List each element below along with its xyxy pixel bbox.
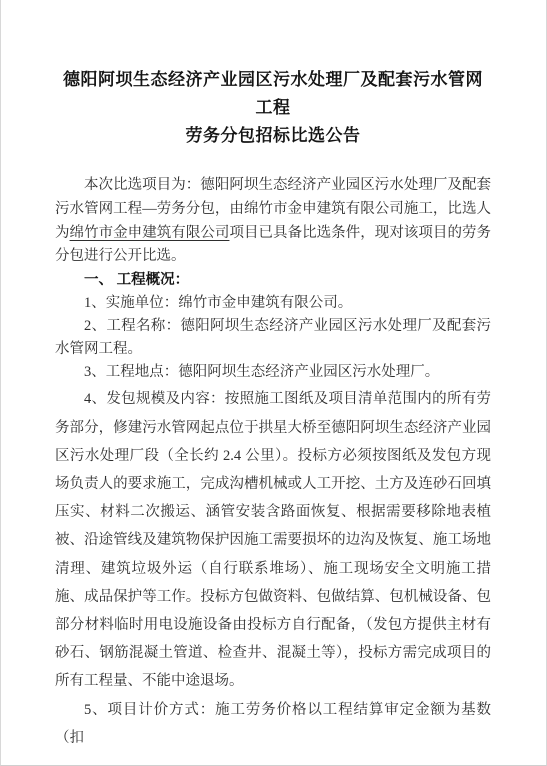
page-title: 德阳阿坝生态经济产业园区污水处理厂及配套污水管网工程 劳务分包招标比选公告 xyxy=(55,66,491,150)
document-page: 德阳阿坝生态经济产业园区污水处理厂及配套污水管网工程 劳务分包招标比选公告 本次… xyxy=(0,0,547,766)
title-line-2: 劳务分包招标比选公告 xyxy=(55,122,491,150)
intro-paragraph: 本次比选项目为：德阳阿坝生态经济产业园区污水处理厂及配套污水管网工程—劳务分包，… xyxy=(55,174,491,269)
item-project-location: 3、工程地点：德阳阿坝生态经济产业园区污水处理厂。 xyxy=(55,361,491,384)
bid-selector-company-underlined: 绵竹市金申建筑有限公司 xyxy=(70,225,230,241)
item-implementing-unit: 1、实施单位：绵竹市金申建筑有限公司。 xyxy=(55,292,491,315)
item-project-name: 2、工程名称：德阳阿坝生态经济产业园区污水处理厂及配套污水管网工程。 xyxy=(55,315,491,361)
title-line-1: 德阳阿坝生态经济产业园区污水处理厂及配套污水管网工程 xyxy=(55,66,491,122)
item-pricing-method: 5、项目计价方式：施工劳务价格以工程结算审定金额为基数（扣 xyxy=(55,696,491,752)
section-heading-project-overview: 一、 工程概况： xyxy=(55,269,491,292)
item-scope-and-content: 4、发包规模及内容：按照施工图纸及项目清单范围内的所有劳务部分，修建污水管网起点… xyxy=(55,385,491,695)
